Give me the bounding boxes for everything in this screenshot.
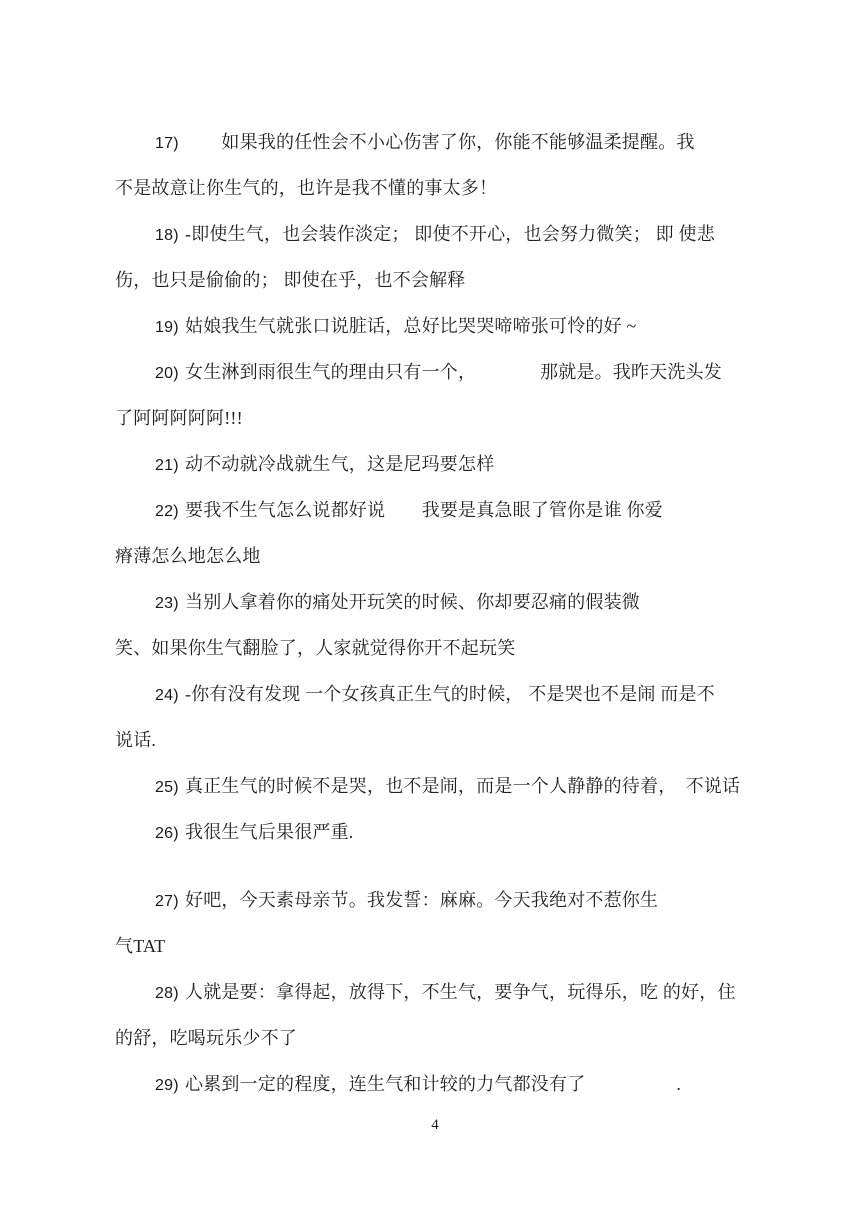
list-item-text: 了阿阿阿阿阿!!! — [115, 408, 243, 428]
document-body: 17) 如果我的任性会不小心伤害了你，你能不能够温柔提醒。我不是故意让你生气的，… — [115, 119, 755, 1107]
list-item-text: 伤，也只是偷偷的； 即使在乎，也不会解释 — [115, 270, 466, 290]
document-line: 25)真正生气的时候不是哭，也不是闹，而是一个人静静的待着， 不说话 — [115, 763, 755, 809]
document-line: 21)动不动就冷战就生气，这是尼玛要怎样 — [115, 441, 755, 487]
page-number: 4 — [115, 1107, 755, 1143]
document-line: 22)要我不生气怎么说都好说 我要是真急眼了管你是谁 你爱 — [115, 487, 755, 533]
document-line: 17) 如果我的任性会不小心伤害了你，你能不能够温柔提醒。我 — [115, 119, 755, 165]
document-line: 24)-你有没有发现 一个女孩真正生气的时候， 不是哭也不是闹 而是不 — [115, 671, 755, 717]
list-item-text: -你有没有发现 一个女孩真正生气的时候， 不是哭也不是闹 而是不 — [185, 684, 715, 704]
document-line: 29)心累到一定的程度，连生气和计较的力气都没有了 . — [115, 1061, 755, 1107]
document-line: 20)女生淋到雨很生气的理由只有一个， 那就是。我昨天洗头发 — [115, 349, 755, 395]
list-item-text: 的舒，吃喝玩乐少不了 — [115, 1028, 297, 1048]
document-line: 气TAT — [115, 923, 755, 969]
document-line: 伤，也只是偷偷的； 即使在乎，也不会解释 — [115, 257, 755, 303]
document-line: 19)姑娘我生气就张口说脏话，总好比哭哭啼啼张可怜的好 ~ — [115, 303, 755, 349]
list-item-number: 29) — [155, 1063, 185, 1109]
document-line: 笑、如果你生气翻脸了，人家就觉得你开不起玩笑 — [115, 625, 755, 671]
list-item-text: 瘠薄怎么地怎么地 — [115, 546, 261, 566]
list-item-text: 动不动就冷战就生气，这是尼玛要怎样 — [185, 454, 494, 474]
list-item-text: 笑、如果你生气翻脸了，人家就觉得你开不起玩笑 — [115, 638, 515, 658]
list-item-text: 要我不生气怎么说都好说 我要是真急眼了管你是谁 你爱 — [185, 500, 663, 520]
list-item-number: 19) — [155, 305, 185, 351]
list-item-number: 20) — [155, 351, 185, 397]
list-item-text: 好吧，今天素母亲节。我发誓：麻麻。今天我绝对不惹你生 — [185, 890, 658, 910]
list-item-text: 如果我的任性会不小心伤害了你，你能不能够温柔提醒。我 — [185, 132, 695, 152]
document-line: 不是故意让你生气的，也许是我不懂的事太多！ — [115, 165, 755, 211]
list-item-text: -即使生气，也会装作淡定； 即使不开心，也会努力微笑； 即 使悲 — [185, 224, 715, 244]
list-item-text: 当别人拿着你的痛处开玩笑的时候、你却要忍痛的假装微 — [185, 592, 640, 612]
list-item-text: 我很生气后果很严重. — [185, 822, 354, 842]
document-line: 了阿阿阿阿阿!!! — [115, 395, 755, 441]
document-line: 说话. — [115, 717, 755, 763]
list-item-text: 气TAT — [115, 936, 165, 956]
list-item-text: 说话. — [115, 730, 156, 750]
list-item-number: 25) — [155, 765, 185, 811]
list-item-text: 真正生气的时候不是哭，也不是闹，而是一个人静静的待着， 不说话 — [185, 776, 740, 796]
list-item-number: 21) — [155, 443, 185, 489]
document-line: 瘠薄怎么地怎么地 — [115, 533, 755, 579]
list-item-number: 28) — [155, 971, 185, 1017]
list-item-text: 女生淋到雨很生气的理由只有一个， 那就是。我昨天洗头发 — [185, 362, 722, 382]
list-item-number: 22) — [155, 489, 185, 535]
list-item-number: 24) — [155, 673, 185, 719]
list-item-number: 26) — [155, 811, 185, 857]
document-line: 的舒，吃喝玩乐少不了 — [115, 1015, 755, 1061]
list-item-number: 18) — [155, 213, 185, 259]
document-line: 28)人就是要：拿得起，放得下，不生气，要争气，玩得乐，吃 的好，住 — [115, 969, 755, 1015]
document-line: 23)当别人拿着你的痛处开玩笑的时候、你却要忍痛的假装微 — [115, 579, 755, 625]
document-line: 27)好吧，今天素母亲节。我发誓：麻麻。今天我绝对不惹你生 — [115, 877, 755, 923]
document-line: 18)-即使生气，也会装作淡定； 即使不开心，也会努力微笑； 即 使悲 — [115, 211, 755, 257]
list-item-text: 人就是要：拿得起，放得下，不生气，要争气，玩得乐，吃 的好，住 — [185, 982, 736, 1002]
document-page: 17) 如果我的任性会不小心伤害了你，你能不能够温柔提醒。我不是故意让你生气的，… — [0, 0, 860, 1218]
list-item-number: 27) — [155, 879, 185, 925]
list-item-number: 17) — [155, 121, 185, 167]
list-item-text: 心累到一定的程度，连生气和计较的力气都没有了 . — [185, 1074, 681, 1094]
list-item-number: 23) — [155, 581, 185, 627]
list-item-text: 姑娘我生气就张口说脏话，总好比哭哭啼啼张可怜的好 ~ — [185, 316, 636, 336]
list-item-text: 不是故意让你生气的，也许是我不懂的事太多！ — [115, 178, 497, 198]
document-line: 26)我很生气后果很严重. — [115, 809, 755, 855]
paragraph-spacer — [115, 855, 755, 877]
